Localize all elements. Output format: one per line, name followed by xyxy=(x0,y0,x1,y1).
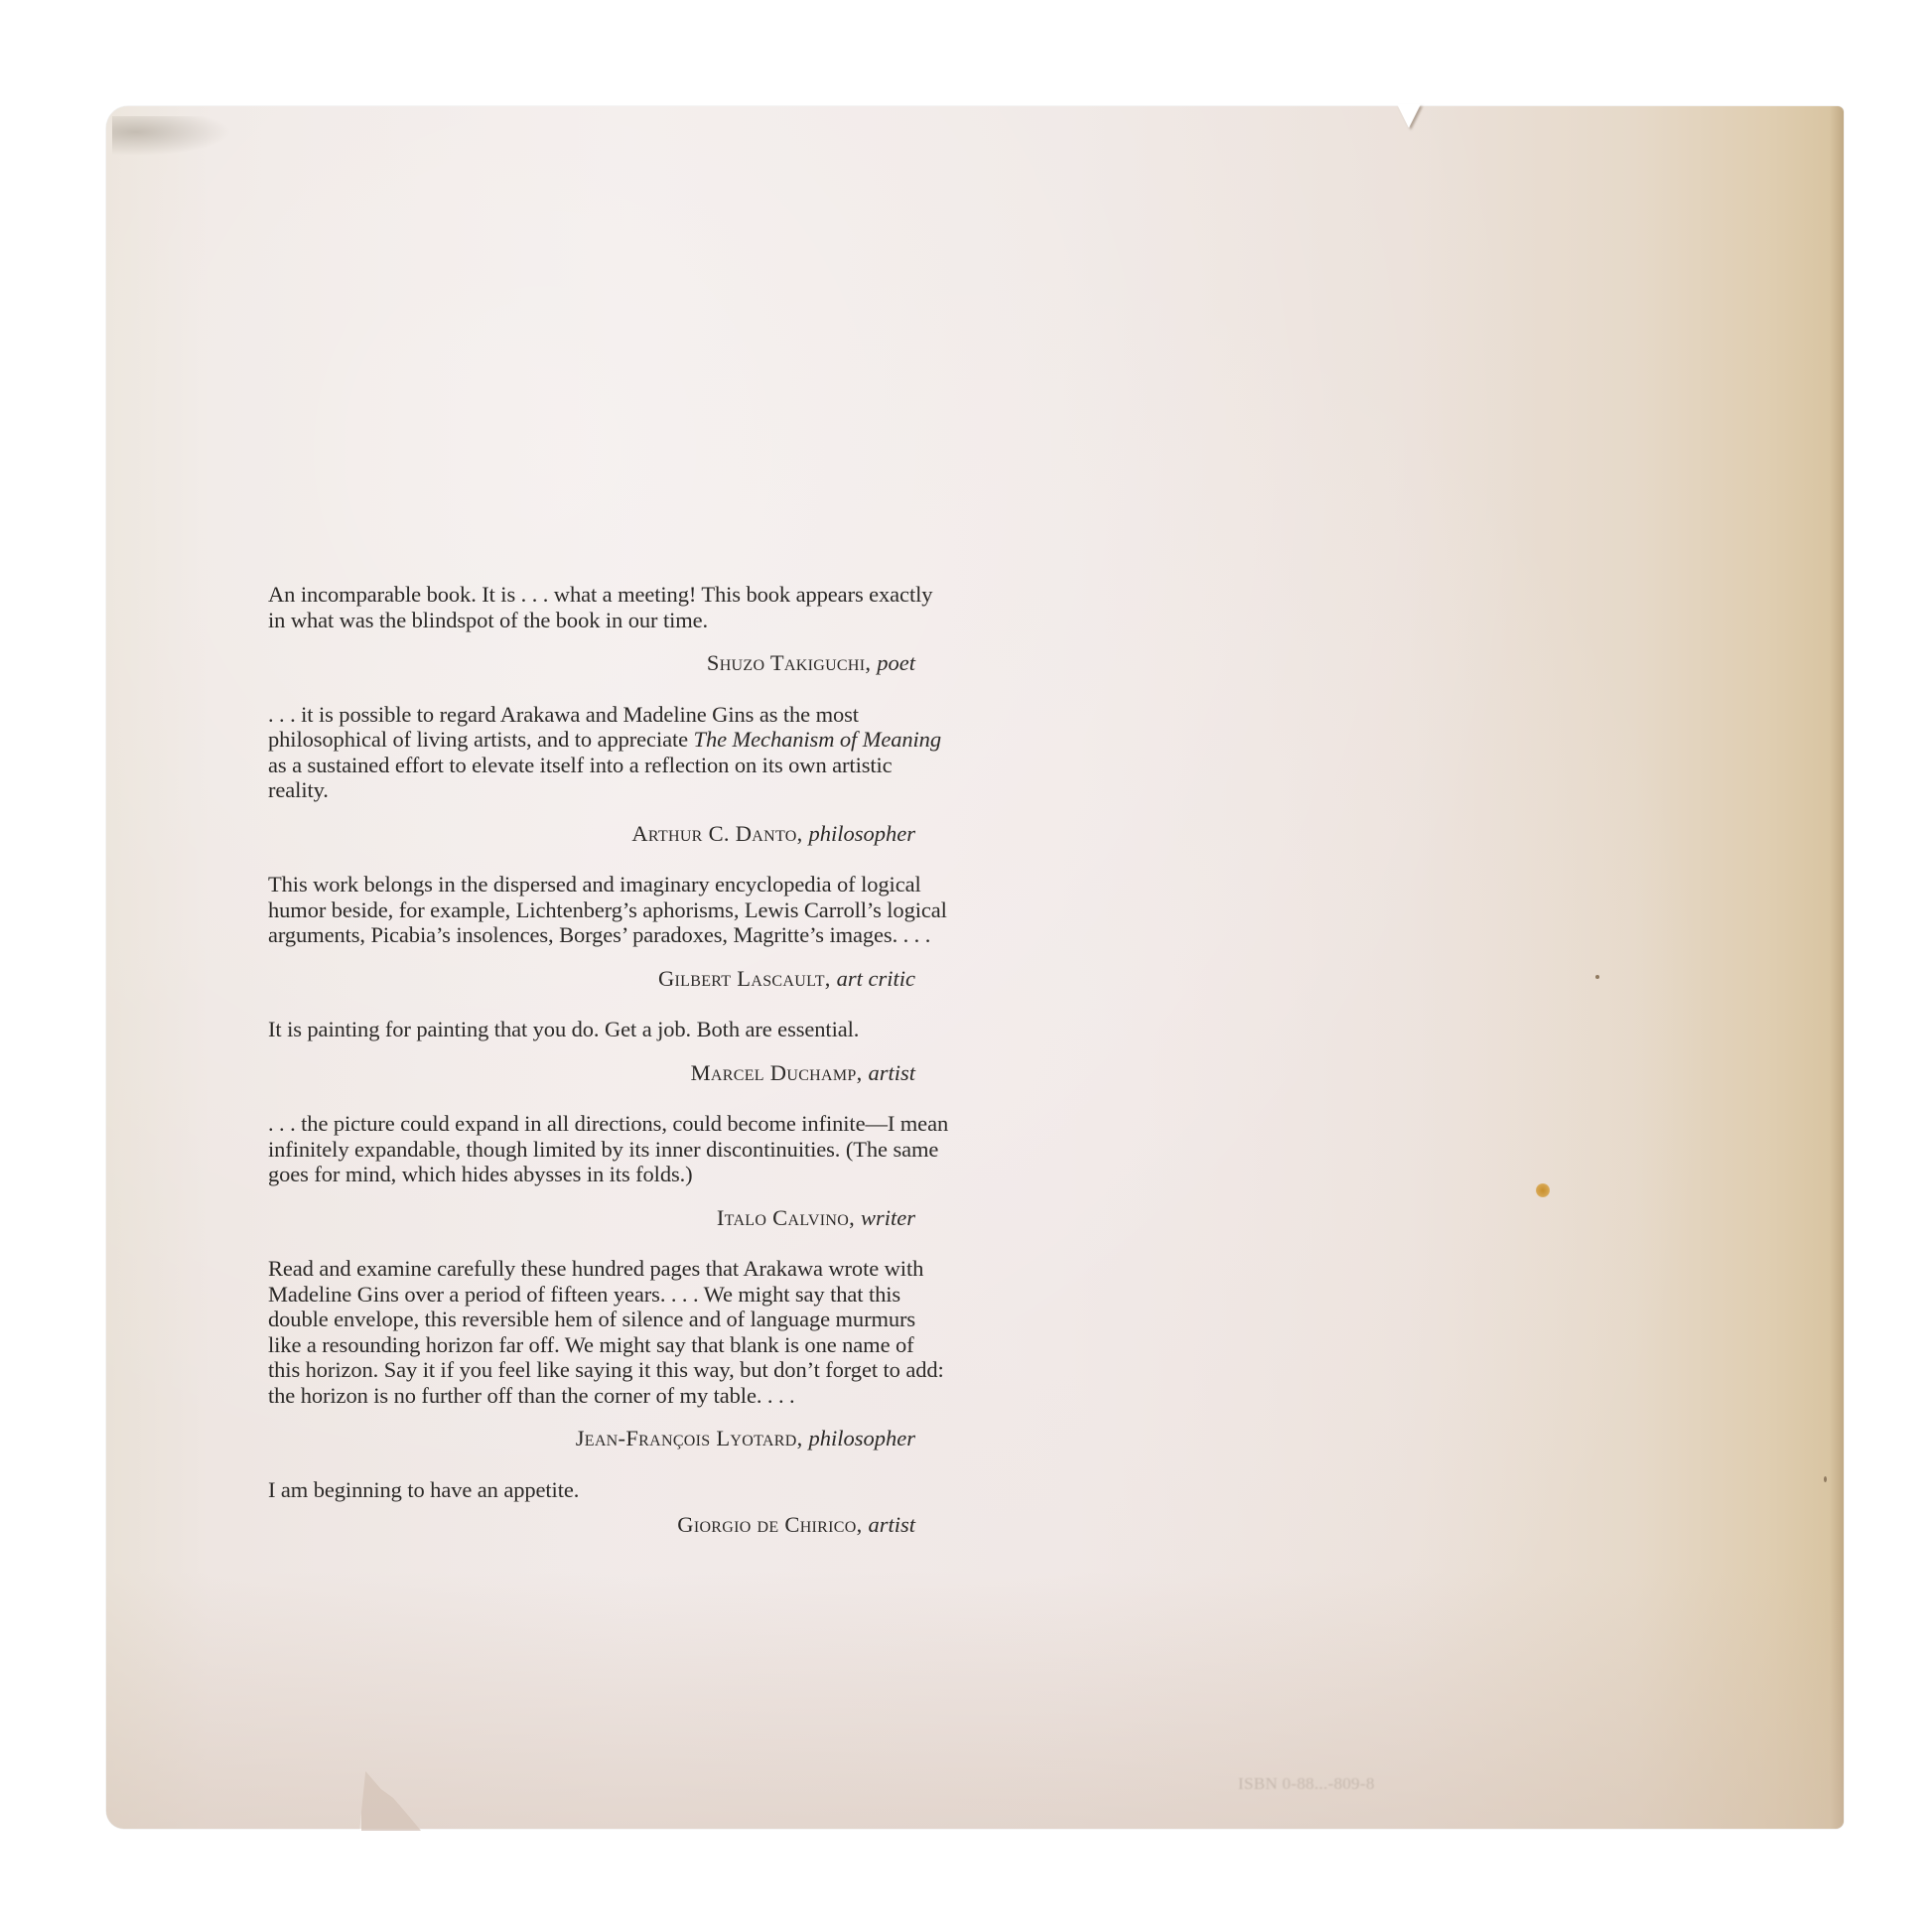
stain-spot xyxy=(1536,1183,1550,1197)
blurb-quote: This work belongs in the dispersed and i… xyxy=(268,872,953,948)
blurb-attribution: Giorgio de Chirico, artist xyxy=(268,1512,953,1538)
author-name: Giorgio de Chirico xyxy=(677,1512,856,1537)
blurb-attribution: Gilbert Lascault, art critic xyxy=(268,966,953,992)
blurb-attribution: Shuzo Takiguchi, poet xyxy=(268,650,953,676)
blurb-attribution: Marcel Duchamp, artist xyxy=(268,1060,953,1086)
blurb: . . . the picture could expand in all di… xyxy=(268,1111,953,1230)
blurb-quote: . . . the picture could expand in all di… xyxy=(268,1111,953,1187)
author-name: Arthur C. Danto xyxy=(631,821,796,846)
author-role: art critic xyxy=(837,966,915,991)
speck xyxy=(1595,975,1599,979)
isbn-text: ISBN 0-88...-809-8 xyxy=(1238,1774,1375,1794)
blurb-quote: I am beginning to have an appetite. xyxy=(268,1477,953,1503)
speck xyxy=(1824,1476,1827,1482)
blurb-quote: Read and examine carefully these hundred… xyxy=(268,1256,953,1408)
quote-text: as a sustained effort to elevate itself … xyxy=(268,753,893,803)
blurb: . . . it is possible to regard Arakawa a… xyxy=(268,702,953,847)
blurb-attribution: Arthur C. Danto, philosopher xyxy=(268,821,953,847)
author-role: artist xyxy=(868,1512,915,1537)
blurb-quote: An incomparable book. It is . . . what a… xyxy=(268,582,953,632)
blurb: Read and examine carefully these hundred… xyxy=(268,1256,953,1451)
aged-spine-edge xyxy=(1830,106,1844,1829)
blurbs-column: An incomparable book. It is . . . what a… xyxy=(268,582,953,1564)
blurb-attribution: Italo Calvino, writer xyxy=(268,1205,953,1231)
blurb: It is painting for painting that you do.… xyxy=(268,1017,953,1085)
blurb-attribution: Jean-François Lyotard, philosopher xyxy=(268,1426,953,1451)
blurb: An incomparable book. It is . . . what a… xyxy=(268,582,953,676)
author-name: Italo Calvino xyxy=(717,1205,849,1230)
book-title: The Mechanism of Meaning xyxy=(694,727,941,752)
author-name: Marcel Duchamp xyxy=(691,1060,857,1085)
blurb-quote: . . . it is possible to regard Arakawa a… xyxy=(268,702,953,803)
bottom-edge-tear xyxy=(359,1771,421,1831)
author-name: Jean-François Lyotard xyxy=(576,1426,797,1450)
author-role: writer xyxy=(861,1205,915,1230)
author-role: philosopher xyxy=(808,821,915,846)
author-name: Gilbert Lascault xyxy=(658,966,825,991)
blurb: This work belongs in the dispersed and i… xyxy=(268,872,953,991)
author-role: philosopher xyxy=(808,1426,915,1450)
top-edge-tear xyxy=(1397,104,1421,128)
author-role: poet xyxy=(877,650,915,675)
book-back-cover: An incomparable book. It is . . . what a… xyxy=(106,106,1844,1829)
author-name: Shuzo Takiguchi xyxy=(707,650,866,675)
blurb: I am beginning to have an appetite. Gior… xyxy=(268,1477,953,1538)
author-role: artist xyxy=(868,1060,915,1085)
corner-wear xyxy=(112,116,231,156)
blurb-quote: It is painting for painting that you do.… xyxy=(268,1017,953,1042)
